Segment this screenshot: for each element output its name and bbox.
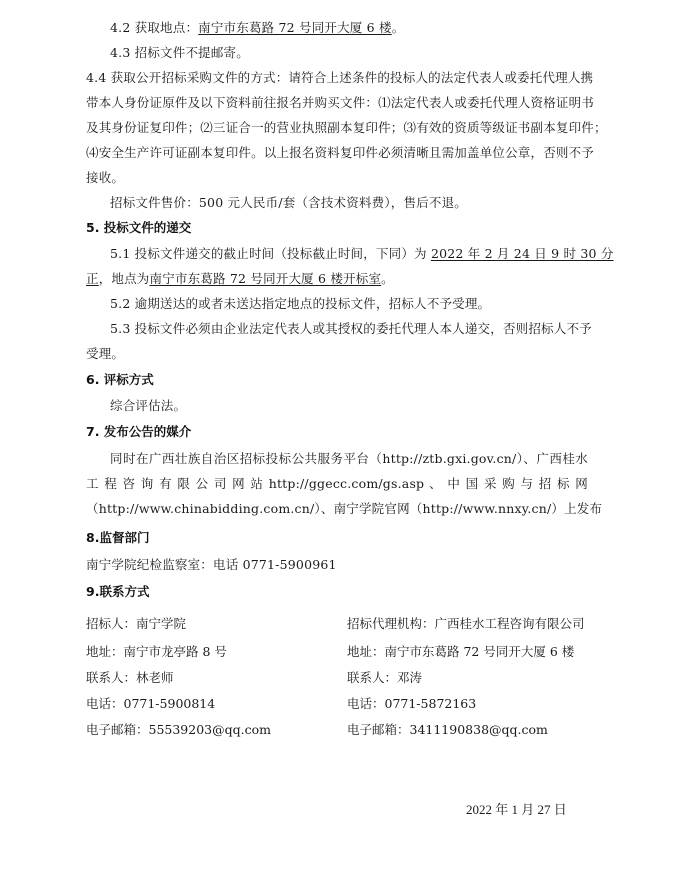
item-5-3-line1: 5.3 投标文件必须由企业法定代表人或其授权的委托代理人本人递交，否则招标人不予 [110,321,588,337]
announcement-date: 2022 年 1 月 27 日 [466,802,567,818]
item-5-2: 5.2 逾期送达的或者未送达指定地点的投标文件，招标人不予受理。 [110,296,588,312]
agency-email: 电子邮箱：3411190838@qq.com [347,722,548,738]
document-price: 招标文件售价：500 元人民币/套（含技术资料费），售后不退。 [110,195,588,211]
item-4-3: 4.3 招标文件不提邮寄。 [110,45,588,61]
item-5-1-deadline-end: 正 [86,271,99,286]
item-4-4-line1: 4.4 获取公开招标采购文件的方式：请符合上述条件的投标人的法定代表人或委托代理… [86,70,588,86]
item-4-2-location: 南宁市东葛路 72 号同开大厦 6 楼 [198,20,392,35]
section-7-heading: 7. 发布公告的媒介 [86,424,191,440]
media-line1: 同时在广西壮族自治区招标投标公共服务平台（http://ztb.gxi.gov.… [110,451,588,467]
agency-address: 地址：南宁市东葛路 72 号同开大厦 6 楼 [347,644,574,660]
evaluation-method: 综合评估法。 [110,398,588,414]
item-5-3-line2: 受理。 [86,346,588,362]
item-4-4-line2: 带本人身份证原件及以下资料前往报名并购买文件：⑴法定代表人或委托代理人资格证明书 [86,95,588,111]
item-4-2-label: 4.2 获取地点： [110,20,198,35]
item-5-1-end: 。 [381,271,394,286]
item-4-4-line4: ⑷安全生产许可证副本复印件。以上报名资料复印件必须清晰且需加盖单位公章，否则不予 [86,145,588,161]
item-4-2-end: 。 [392,20,405,35]
section-8-heading: 8.监督部门 [86,530,149,546]
item-4-4-line3: 及其身份证复印件；⑵三证合一的营业执照副本复印件；⑶有效的资质等级证书副本复印件… [86,120,588,136]
item-5-1-middle: ，地点为 [99,271,150,286]
item-5-1-line2: 正，地点为南宁市东葛路 72 号同开大厦 6 楼开标室。 [86,271,588,287]
section-6-heading: 6. 评标方式 [86,372,154,388]
agency-contact: 联系人：邓涛 [347,670,422,686]
document-page: 4.2 获取地点：南宁市东葛路 72 号同开大厦 6 楼。 4.3 招标文件不提… [0,0,673,870]
supervision-contact: 南宁学院纪检监察室：电话 0771-5900961 [86,557,588,573]
item-5-1-deadline: 2022 年 2 月 24 日 9 时 30 分 [431,246,614,261]
item-5-1-line1: 5.1 投标文件递交的截止时间（投标截止时间，下同）为 2022 年 2 月 2… [110,246,588,262]
agency-name: 招标代理机构：广西桂水工程咨询有限公司 [347,616,585,632]
tenderer-contact: 联系人：林老师 [86,670,174,686]
media-line3: （http://www.chinabidding.com.cn/）、南宁学院官网… [86,501,588,517]
item-4-4-line5: 接收。 [86,170,588,186]
section-5-heading: 5. 投标文件的递交 [86,220,191,236]
tenderer-name: 招标人：南宁学院 [86,616,186,632]
agency-phone: 电话：0771-5872163 [347,696,476,712]
tenderer-email: 电子邮箱：55539203@qq.com [86,722,271,738]
tenderer-address: 地址：南宁市龙亭路 8 号 [86,644,227,660]
media-line2: 工 程 咨 询 有 限 公 司 网 站 http://ggecc.com/gs.… [86,476,588,492]
item-5-1-location: 南宁市东葛路 72 号同开大厦 6 楼开标室 [150,271,382,286]
item-5-1-prefix: 5.1 投标文件递交的截止时间（投标截止时间，下同）为 [110,246,431,261]
section-9-heading: 9.联系方式 [86,584,149,600]
tenderer-phone: 电话：0771-5900814 [86,696,215,712]
item-4-2: 4.2 获取地点：南宁市东葛路 72 号同开大厦 6 楼。 [110,20,588,36]
